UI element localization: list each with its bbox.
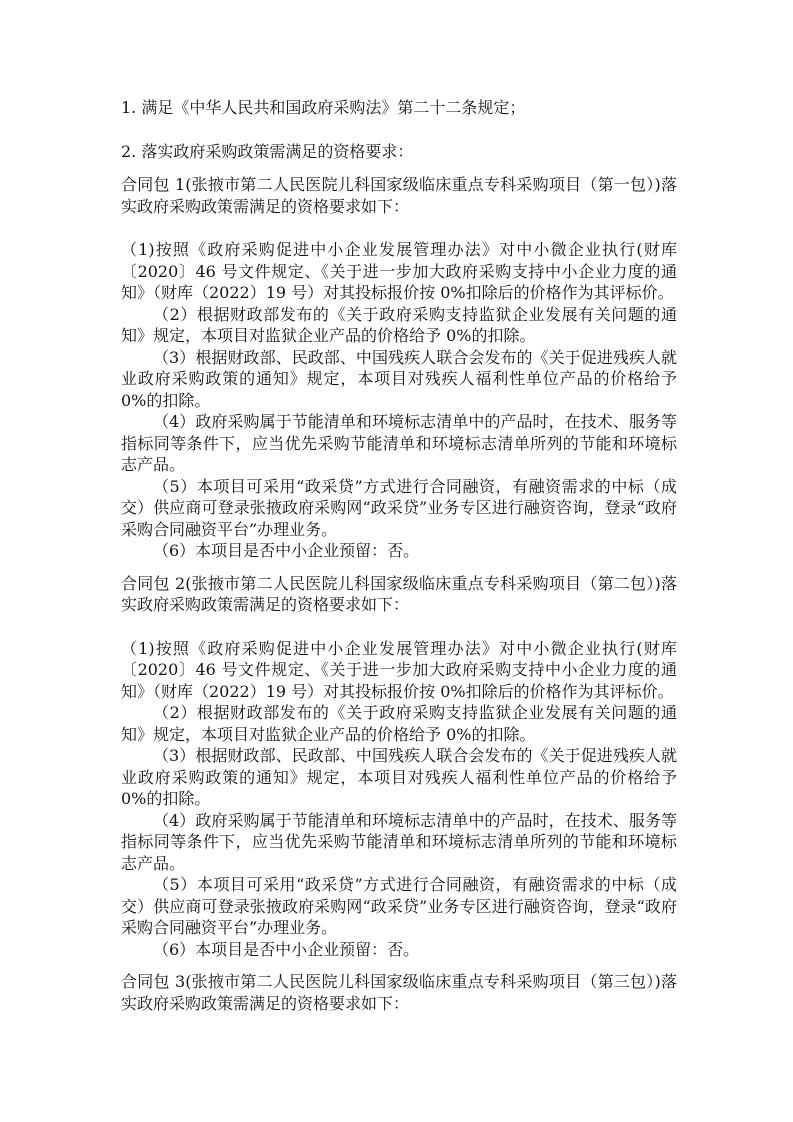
intro-paragraph-1: 1. 满足《中华人民共和国政府采购法》第二十二条规定； bbox=[121, 97, 677, 119]
package-1-heading: 合同包 1(张掖市第二人民医院儿科国家级临床重点专科采购项目（第一包）)落实政府… bbox=[121, 174, 677, 217]
document-page: 1. 满足《中华人民共和国政府采购法》第二十二条规定； 2. 落实政府采购政策需… bbox=[0, 0, 793, 1122]
package-3-heading: 合同包 3(张掖市第二人民医院儿科国家级临床重点专科采购项目（第三包）)落实政府… bbox=[121, 971, 677, 1014]
package-1-item-3: （3）根据财政部、民政部、中国残疾人联合会发布的《关于促进残疾人就业政府采购政策… bbox=[121, 347, 677, 412]
package-1-item-5: （5）本项目可采用“政采贷”方式进行合同融资，有融资需求的中标（成交）供应商可登… bbox=[121, 476, 677, 541]
package-2-item-6: （6）本项目是否中小企业预留：否。 bbox=[121, 939, 677, 961]
package-2-item-5: （5）本项目可采用“政采贷”方式进行合同融资，有融资需求的中标（成交）供应商可登… bbox=[121, 874, 677, 939]
package-2-item-2: （2）根据财政部发布的《关于政府采购支持监狱企业发展有关问题的通知》规定，本项目… bbox=[121, 702, 677, 745]
package-2-item-1: （1)按照《政府采购促进中小企业发展管理办法》对中小微企业执行(财库〔2020〕… bbox=[121, 638, 677, 703]
package-1-section: 合同包 1(张掖市第二人民医院儿科国家级临床重点专科采购项目（第一包）)落实政府… bbox=[121, 174, 677, 562]
intro-paragraph-2: 2. 落实政府采购政策需满足的资格要求： bbox=[121, 141, 677, 163]
package-2-item-3: （3）根据财政部、民政部、中国残疾人联合会发布的《关于促进残疾人就业政府采购政策… bbox=[121, 745, 677, 810]
package-2-section: 合同包 2(张掖市第二人民医院儿科国家级临床重点专科采购项目（第二包）)落实政府… bbox=[121, 573, 677, 961]
package-1-item-2: （2）根据财政部发布的《关于政府采购支持监狱企业发展有关问题的通知》规定，本项目… bbox=[121, 304, 677, 347]
package-1-item-6: （6）本项目是否中小企业预留：否。 bbox=[121, 540, 677, 562]
package-2-heading: 合同包 2(张掖市第二人民医院儿科国家级临床重点专科采购项目（第二包）)落实政府… bbox=[121, 573, 677, 616]
package-2-item-4: （4）政府采购属于节能清单和环境标志清单中的产品时，在技术、服务等指标同等条件下… bbox=[121, 810, 677, 875]
package-1-item-4: （4）政府采购属于节能清单和环境标志清单中的产品时，在技术、服务等指标同等条件下… bbox=[121, 411, 677, 476]
package-3-section: 合同包 3(张掖市第二人民医院儿科国家级临床重点专科采购项目（第三包）)落实政府… bbox=[121, 971, 677, 1014]
package-1-item-1: （1)按照《政府采购促进中小企业发展管理办法》对中小微企业执行(财库〔2020〕… bbox=[121, 239, 677, 304]
